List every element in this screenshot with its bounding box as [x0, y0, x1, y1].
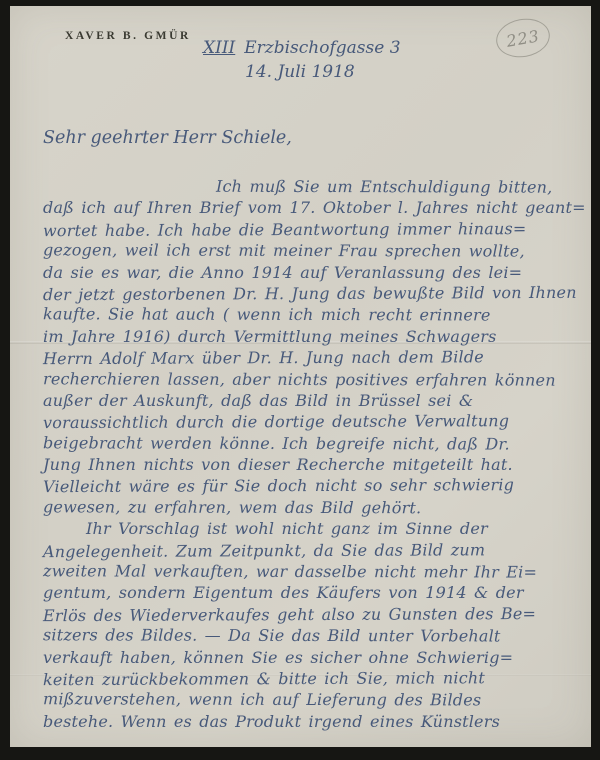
handwritten-line: der jetzt gestorbenen Dr. H. Jung das be… — [43, 282, 583, 306]
letter-paper: XAVER B. GMÜR XIIIErzbischofgasse 3 14. … — [10, 6, 591, 747]
handwritten-line: mißzuverstehen, wenn ich auf Lieferung d… — [43, 689, 583, 712]
archive-number-stamp: 223 — [493, 15, 553, 62]
handwritten-line: Jung Ihnen nichts von dieser Recherche m… — [43, 454, 583, 475]
handwritten-line: Ihr Vorschlag ist wohl nicht ganz im Sin… — [43, 518, 583, 539]
handwritten-line: bestehe. Wenn es das Produkt irgend eine… — [43, 711, 583, 732]
handwritten-line: Erlös des Wiederverkaufes geht also zu G… — [43, 603, 583, 627]
handwritten-line: sitzers des Bildes. — Da Sie das Bild un… — [43, 624, 583, 647]
handwritten-line: voraussichtlich durch die dortige deutsc… — [43, 410, 583, 434]
handwritten-line: Ich muß Sie um Entschuldigung bitten, — [43, 175, 583, 198]
address-line: XIIIErzbischofgasse 3 — [203, 38, 401, 58]
date-line: 14. Juli 1918 — [203, 62, 401, 82]
handwritten-line: zweiten Mal verkauften, war dasselbe nic… — [43, 560, 583, 583]
handwritten-line: gewesen, zu erfahren, wem das Bild gehör… — [43, 496, 583, 519]
salutation: Sehr geehrter Herr Schiele, — [43, 128, 292, 148]
handwritten-line: recherchieren lassen, aber nichts positi… — [43, 368, 583, 391]
handwritten-line: keiten zurückbekommen & bitte ich Sie, m… — [43, 667, 583, 691]
handwritten-line: verkauft haben, können Sie es sicher ohn… — [43, 647, 583, 668]
handwritten-line: Herrn Adolf Marx über Dr. H. Jung nach d… — [43, 346, 583, 370]
handwritten-line: gentum, sondern Eigentum des Käufers von… — [43, 582, 583, 603]
scan-background: XAVER B. GMÜR XIIIErzbischofgasse 3 14. … — [0, 0, 600, 760]
handwritten-line: gezogen, weil ich erst mit meiner Frau s… — [43, 239, 583, 262]
street-address: Erzbischofgasse 3 — [244, 38, 400, 58]
handwritten-line: Vielleicht wäre es für Sie doch nicht so… — [43, 474, 583, 498]
letter-body: Ich muß Sie um Entschuldigung bitten, da… — [43, 176, 583, 732]
district-numeral: XIII — [203, 38, 235, 58]
handwritten-line: beigebracht werden könne. Ich begreife n… — [43, 432, 583, 455]
handwritten-line: im Jahre 1916) durch Vermittlung meines … — [43, 326, 583, 347]
archive-number: 223 — [505, 26, 541, 51]
handwritten-line: da sie es war, die Anno 1914 auf Veranla… — [43, 262, 583, 283]
letterhead-name: XAVER B. GMÜR — [65, 30, 191, 42]
handwritten-line: daß ich auf Ihren Brief vom 17. Oktober … — [43, 197, 583, 218]
handwritten-line: wortet habe. Ich habe die Beantwortung i… — [43, 218, 583, 242]
handwritten-line: kaufte. Sie hat auch ( wenn ich mich rec… — [43, 304, 583, 327]
handwritten-line: außer der Auskunft, daß das Bild in Brüs… — [43, 390, 583, 411]
handwritten-line: Angelegenheit. Zum Zeitpunkt, da Sie das… — [43, 538, 583, 562]
address-date-block: XIIIErzbischofgasse 3 14. Juli 1918 — [203, 38, 401, 82]
